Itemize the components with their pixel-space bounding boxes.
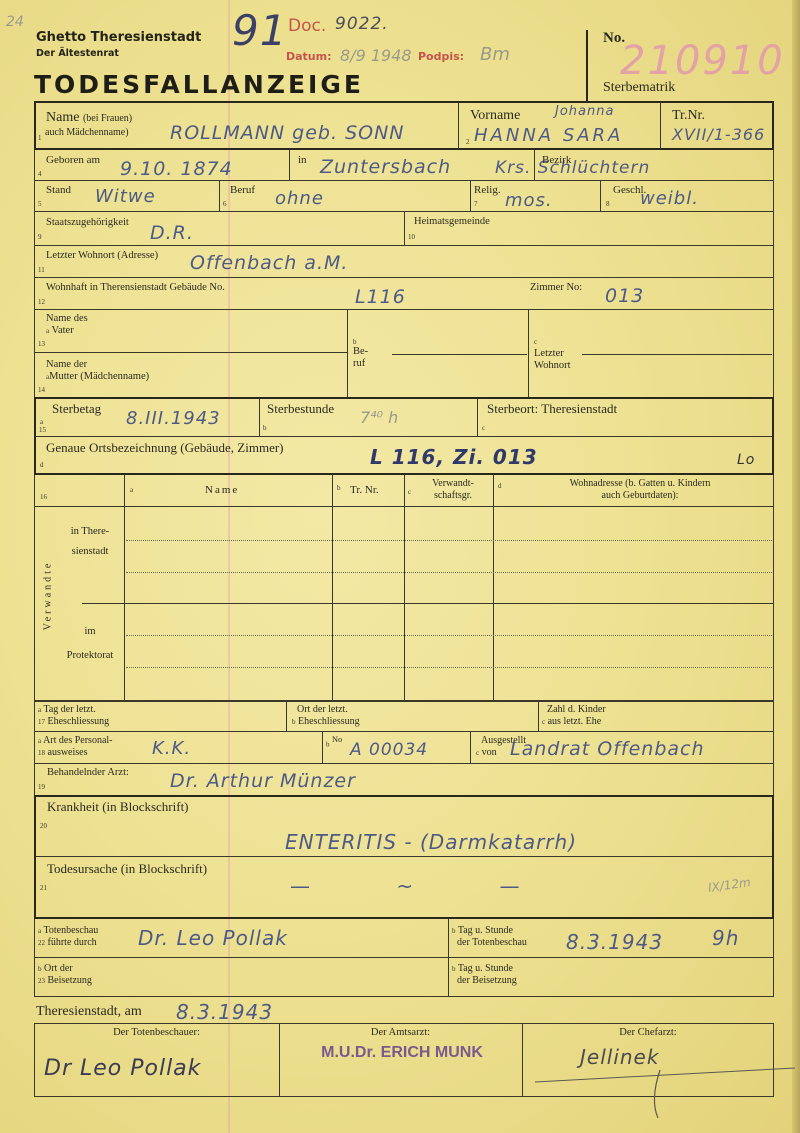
mutter-label: Name deraMutter (Mädchenname) bbox=[46, 359, 149, 383]
todesursache-value[interactable]: — ~ — bbox=[290, 874, 559, 898]
ausweis-no-value[interactable]: A 00034 bbox=[350, 740, 428, 760]
rule bbox=[34, 277, 774, 278]
divider bbox=[600, 180, 601, 211]
right-border bbox=[773, 700, 774, 795]
beschau-hour-value[interactable]: 9h bbox=[712, 926, 739, 950]
field-number: 21 bbox=[40, 884, 47, 892]
beisetzung-time-label: b Tag u. Stunde der Beisetzung bbox=[452, 963, 517, 986]
personalausweis-value[interactable]: K.K. bbox=[152, 738, 191, 759]
geboren-value[interactable]: 9.10. 1874 bbox=[120, 158, 233, 180]
arzt-value[interactable]: Dr. Arthur Münzer bbox=[170, 770, 356, 792]
divider bbox=[322, 731, 323, 763]
zimmer-value[interactable]: 013 bbox=[605, 285, 644, 307]
sig1-label: Der Totenbeschauer: bbox=[34, 1027, 279, 1039]
field-sub: b bbox=[337, 484, 341, 492]
name-value[interactable]: ROLLMANN geb. SONN bbox=[170, 122, 405, 144]
sig3-label: Der Chefarzt: bbox=[522, 1027, 774, 1039]
beschau-date-value[interactable]: 8.3.1943 bbox=[566, 930, 663, 954]
rule bbox=[34, 180, 774, 181]
stamp-sign-value: Bm bbox=[480, 44, 510, 65]
field-number: 11 bbox=[38, 266, 45, 274]
field-number: 14 bbox=[38, 386, 45, 394]
divider bbox=[289, 150, 290, 180]
relatives-side-label: Verwandte bbox=[34, 540, 58, 660]
group-theresienstadt: in There-sienstadt bbox=[60, 522, 120, 562]
header-divider bbox=[586, 30, 588, 102]
divider bbox=[660, 103, 661, 149]
stamp-doc-label: Doc. bbox=[288, 16, 326, 36]
rule bbox=[36, 856, 772, 857]
stand-value[interactable]: Witwe bbox=[95, 186, 156, 207]
gebaeude-value[interactable]: L116 bbox=[355, 286, 406, 308]
ausweis-no-label: b No bbox=[326, 735, 342, 750]
beruf-value[interactable]: ohne bbox=[275, 188, 324, 209]
field-sub: a bbox=[130, 486, 133, 494]
beisetzung-ort-label: b Ort der23 Beisetzung bbox=[38, 963, 92, 986]
divider bbox=[347, 309, 348, 397]
archive-mark: 91 bbox=[232, 6, 287, 55]
corner-note: 24 bbox=[6, 14, 24, 30]
in-label: in bbox=[298, 154, 307, 167]
dotted-line bbox=[126, 572, 772, 573]
rule bbox=[34, 700, 774, 702]
bezirk-value[interactable]: Krs. Schlüchtern bbox=[495, 158, 650, 178]
todesursache-label: Todesursache (in Blockschrift) bbox=[47, 862, 207, 877]
in-value[interactable]: Zuntersbach bbox=[320, 156, 451, 178]
dotted-line bbox=[126, 667, 772, 668]
bezirk-label: Bezirk bbox=[542, 154, 571, 167]
field-number: 20 bbox=[40, 822, 47, 830]
right-border bbox=[773, 150, 774, 400]
field-sub: b bbox=[263, 424, 267, 432]
field-number: 6 bbox=[223, 200, 227, 208]
divider bbox=[448, 919, 449, 996]
rule bbox=[34, 352, 347, 353]
kinder-label: Zahl d. Kinderc aus letzt. Ehe bbox=[542, 704, 606, 727]
vater-label: Name desa Vater bbox=[46, 313, 88, 337]
ort-eheschliessung-label: Ort der letzt.b Eheschliessung bbox=[292, 704, 360, 727]
right-border bbox=[773, 475, 774, 700]
field-number: 8 bbox=[606, 200, 610, 208]
krankheit-label: Krankheit (in Blockschrift) bbox=[47, 800, 189, 815]
relig-label: Relig. bbox=[474, 184, 501, 197]
rule bbox=[34, 245, 774, 246]
field-sub: a bbox=[40, 418, 43, 426]
totenbeschau-label: a Totenbeschau22 führte durch bbox=[38, 925, 98, 948]
vorname-label: Vorname bbox=[470, 108, 520, 124]
vorname-correction: Johanna bbox=[555, 104, 614, 119]
field-number: 7 bbox=[474, 200, 478, 208]
geschl-value[interactable]: weibl. bbox=[640, 188, 699, 209]
rule bbox=[34, 996, 774, 997]
field-number: 13 bbox=[38, 340, 45, 348]
staat-label: Staatszugehörigkeit bbox=[46, 217, 129, 229]
field-number: 16 bbox=[40, 493, 47, 501]
zimmer-label: Zimmer No: bbox=[530, 282, 582, 294]
trnr-value[interactable]: XVII/1-366 bbox=[672, 125, 765, 144]
beruf-label: Beruf bbox=[230, 184, 255, 197]
col-verwandtschaft: Verwandt-schaftsgr. bbox=[418, 478, 488, 501]
divider bbox=[404, 211, 405, 245]
divider bbox=[458, 103, 459, 149]
field-sub: c bbox=[482, 424, 485, 432]
field-sub: d bbox=[40, 461, 44, 469]
divider bbox=[219, 180, 220, 211]
left-border bbox=[34, 919, 35, 997]
rule bbox=[36, 436, 772, 437]
wohnort-value[interactable]: Offenbach a.M. bbox=[190, 252, 348, 274]
stamp-date-value: 8/9 1948 bbox=[340, 46, 412, 65]
signature-flourish bbox=[530, 1040, 800, 1120]
field-number: 1 bbox=[38, 134, 42, 142]
place-date-value[interactable]: 8.3.1943 bbox=[176, 1000, 273, 1024]
geboren-label: Geboren am bbox=[46, 154, 100, 167]
dotted-line bbox=[126, 635, 772, 636]
sterbestunde-label: Sterbestunde bbox=[267, 402, 334, 417]
org-name: Ghetto Theresienstadt bbox=[36, 30, 201, 45]
field-number: 9 bbox=[38, 233, 42, 241]
col-trnr: Tr. Nr. bbox=[350, 484, 379, 497]
krankheit-value[interactable]: ENTERITIS - (Darmkatarrh) bbox=[285, 830, 577, 854]
vorname-value[interactable]: HANNA SARA bbox=[474, 125, 623, 146]
rule bbox=[34, 957, 774, 958]
ortsbez-value[interactable]: L 116, Zi. 013 bbox=[370, 445, 538, 469]
divider bbox=[528, 309, 529, 397]
rule bbox=[34, 763, 774, 764]
rule bbox=[82, 603, 773, 604]
field-number: 5 bbox=[38, 200, 42, 208]
name-label-sub: auch Mädchenname) bbox=[45, 127, 129, 139]
org-council: Der Ältestenrat bbox=[36, 48, 119, 59]
wohnhaft-label: Wohnhaft in Therensienstadt Gebäude No. bbox=[46, 282, 225, 294]
sterbetag-value[interactable]: 8.III.1943 bbox=[126, 408, 221, 429]
rule bbox=[34, 731, 774, 732]
ausgestellt-value[interactable]: Landrat Offenbach bbox=[510, 738, 705, 760]
rule bbox=[34, 309, 774, 310]
left-border bbox=[34, 150, 35, 400]
place-date-label: Theresienstadt, am bbox=[36, 1004, 142, 1020]
divider bbox=[286, 700, 287, 731]
col-name: Name bbox=[205, 484, 239, 497]
right-border bbox=[773, 919, 774, 997]
divider bbox=[470, 731, 471, 763]
staat-value[interactable]: D.R. bbox=[150, 222, 194, 244]
tag-eheschliessung-label: a Tag der letzt.17 Eheschliessung bbox=[38, 704, 109, 727]
stamp-date-label: Datum: bbox=[286, 50, 332, 63]
parents-beruf-label: Be-ruf bbox=[353, 346, 368, 370]
dotted-line bbox=[126, 540, 772, 541]
stamp-sign-label: Podpis: bbox=[418, 50, 464, 63]
ortsbez-label: Genaue Ortsbezeichnung (Gebäude, Zimmer) bbox=[46, 441, 284, 456]
left-border bbox=[34, 700, 35, 795]
divider bbox=[470, 180, 471, 211]
rule bbox=[392, 354, 527, 355]
sterbeort-label: Sterbeort: Theresienstadt bbox=[487, 402, 617, 417]
field-sub: d bbox=[498, 482, 502, 490]
stamp-doc-value: 9022. bbox=[335, 14, 389, 34]
personalausweis-label: a Art des Personal-18 ausweises bbox=[38, 735, 113, 758]
group-protektorat: imProtektorat bbox=[60, 620, 120, 668]
form-title: TODESFALLANZEIGE bbox=[34, 70, 364, 99]
ortsbez-initials: Lo bbox=[737, 452, 755, 468]
field-number: 15 bbox=[39, 426, 46, 434]
sig1-signature: Dr Leo Pollak bbox=[44, 1056, 201, 1081]
trnr-label: Tr.Nr. bbox=[672, 108, 705, 124]
amtsarzt-stamp: M.U.Dr. ERICH MUNK bbox=[284, 1044, 520, 1062]
field-sub: c bbox=[534, 338, 537, 346]
totenbeschau-value[interactable]: Dr. Leo Pollak bbox=[138, 926, 288, 950]
field-number: 10 bbox=[408, 233, 415, 241]
page-edge bbox=[792, 0, 800, 1133]
divider bbox=[259, 399, 260, 436]
sterbematrik-label: Sterbematrik bbox=[603, 80, 675, 96]
wohnort-label: Letzter Wohnort (Adresse) bbox=[46, 250, 158, 262]
divider bbox=[538, 700, 539, 731]
field-sub: b bbox=[353, 338, 357, 346]
sig2-label: Der Amtsarzt: bbox=[279, 1027, 522, 1039]
divider bbox=[124, 475, 125, 700]
divider bbox=[477, 399, 478, 436]
field-number: 19 bbox=[38, 783, 45, 791]
heimat-label: Heimatsgemeinde bbox=[414, 216, 490, 228]
field-sub: c bbox=[408, 488, 411, 496]
arzt-label: Behandelnder Arzt: bbox=[47, 767, 129, 779]
field-number: 2 bbox=[466, 138, 470, 146]
stand-label: Stand bbox=[46, 184, 71, 197]
sterbestunde-value[interactable]: 7⁴⁰ h bbox=[360, 408, 398, 427]
col-wohnadresse: Wohnadresse (b. Gatten u. Kindernauch Ge… bbox=[510, 478, 770, 501]
relig-value[interactable]: mos. bbox=[505, 190, 553, 211]
sterbetag-label: Sterbetag bbox=[52, 402, 101, 417]
no-value: 210910 bbox=[620, 38, 785, 84]
field-number: 12 bbox=[38, 298, 45, 306]
beschau-time-label: b Tag u. Stunde der Totenbeschau bbox=[452, 925, 527, 948]
rule bbox=[582, 354, 772, 355]
name-label: Name (bei Frauen) bbox=[46, 110, 132, 126]
parents-wohnort-label: LetzterWohnort bbox=[534, 348, 570, 372]
field-number: 4 bbox=[38, 170, 42, 178]
